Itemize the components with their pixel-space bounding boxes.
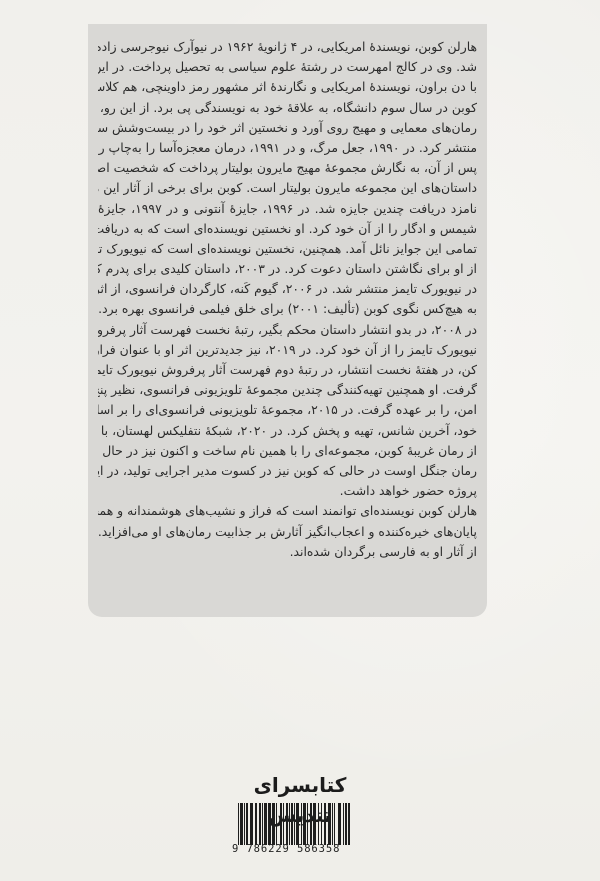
text-line: از او برای نگاشتن داستان دعوت کرد. در ۲۰… — [98, 259, 477, 279]
text-line: هارلن کوبن، نویسندهٔ امریکایی، در ۴ ژانو… — [98, 37, 477, 57]
barcode-bar — [348, 803, 349, 845]
text-line: از آثار او به فارسی برگردان شده‌اند. — [98, 542, 477, 562]
isbn-barcode: 9 786229 586358 — [232, 803, 372, 858]
text-line: در ۲۰۰۸، در بدو انتشار داستان محکم بگیر،… — [98, 320, 477, 340]
text-line: به هیچ‌کس نگوی کوبن (تألیف: ۲۰۰۱) برای خ… — [98, 299, 477, 319]
text-line: رمان جنگل اوست در حالی که کوبن نیز در کس… — [98, 461, 477, 481]
text-line: نیویورک تایمز را از آن خود کرد. در ۲۰۱۹،… — [98, 340, 477, 360]
text-line: هارلن کوبن نویسنده‌ای توانمند است که فرا… — [98, 501, 477, 521]
text-line: در نیویورک تایمز منتشر شد. در ۲۰۰۶، گیوم… — [98, 279, 477, 299]
text-line: پروژه حضور خواهد داشت. — [98, 481, 477, 501]
author-bio-box: هارلن کوبن، نویسندهٔ امریکایی، در ۴ ژانو… — [88, 24, 487, 617]
publisher-logo: کتابسرای تندیس — [244, 770, 356, 800]
text-line: رمان‌های معمایی و مهیج روی آورد و نخستین… — [98, 118, 477, 138]
author-bio-paragraph-2: هارلن کوبن نویسنده‌ای توانمند است که فرا… — [98, 501, 477, 562]
text-line: گرفت. او همچنین تهیه‌کنندگی چندین مجموعه… — [98, 380, 477, 400]
text-line: کن، در هفتهٔ نخست انتشار، در رتبهٔ دوم ف… — [98, 360, 477, 380]
text-line: نامزد دریافت چندین جایزه شد. در ۱۹۹۶، جا… — [98, 199, 477, 219]
text-line: شد. وی در کالج امهرست در رشتهٔ علوم سیاس… — [98, 57, 477, 77]
text-line: با دن براون، نویسندهٔ امریکایی و نگارنده… — [98, 77, 477, 97]
text-line: از رمان غریبهٔ کوبن، مجموعه‌ای را با همی… — [98, 441, 477, 461]
text-line: تمامی این جوایز نائل آمد. همچنین، نخستین… — [98, 239, 477, 259]
text-line: خود، آخرین شانس، تهیه و پخش کرد. در ۲۰۲۰… — [98, 421, 477, 441]
isbn-number: 9 786229 586358 — [232, 843, 362, 855]
text-line: منتشر کرد. در ۱۹۹۰، جعل مرگ، و در ۱۹۹۱، … — [98, 138, 477, 158]
text-line: امن، را بر عهده گرفت. در ۲۰۱۵، مجموعهٔ ت… — [98, 400, 477, 420]
barcode-bars — [238, 803, 350, 845]
text-line: پایان‌های خیره‌کننده و اعجاب‌انگیز آثارش… — [98, 522, 477, 542]
text-line: داستان‌های این مجموعه مایرون بولیتار است… — [98, 178, 477, 198]
text-line: پس از آن، به نگارش مجموعهٔ مهیج مایرون ب… — [98, 158, 477, 178]
text-line: کوبن در سال سوم دانشگاه، به علاقهٔ خود ب… — [98, 98, 477, 118]
text-line: شیمس و ادگار را از آن خود کرد. او نخستین… — [98, 219, 477, 239]
author-bio-paragraph-1: هارلن کوبن، نویسندهٔ امریکایی، در ۴ ژانو… — [98, 37, 477, 501]
